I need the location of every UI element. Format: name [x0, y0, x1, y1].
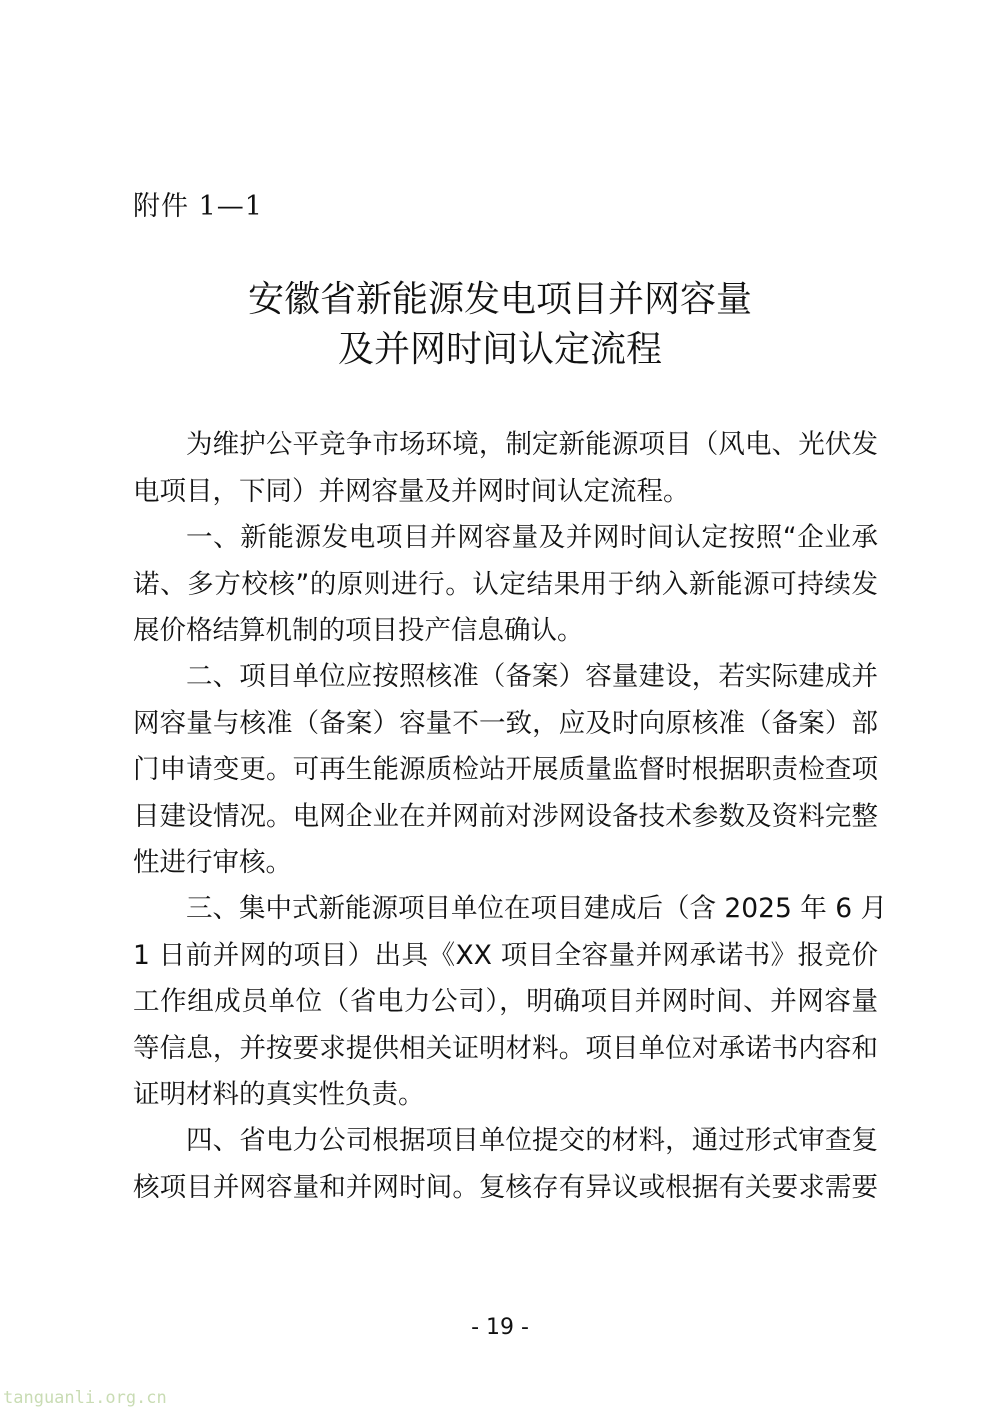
paragraph-line: 为维护公平竞争市场环境，制定新能源项目（风电、光伏发 — [133, 422, 878, 469]
paragraph-section-1: 一、新能源发电项目并网容量及并网时间认定按照“企业承 诺、多方校核”的原则进行。… — [133, 515, 878, 655]
paragraph-line: 工作组成员单位（省电力公司），明确项目并网时间、并网容量 — [133, 979, 878, 1026]
paragraph-line: 网容量与核准（备案）容量不一致，应及时向原核准（备案）部 — [133, 701, 878, 748]
paragraph-line: 等信息，并按要求提供相关证明材料。项目单位对承诺书内容和 — [133, 1026, 878, 1073]
paragraph-line: 1 日前并网的项目）出具《XX 项目全容量并网承诺书》报竞价 — [133, 933, 878, 980]
paragraph-line: 展价格结算机制的项目投产信息确认。 — [133, 608, 878, 655]
paragraph-line: 电项目，下同）并网容量及并网时间认定流程。 — [133, 469, 878, 516]
paragraph-section-4: 四、省电力公司根据项目单位提交的材料，通过形式审查复 核项目并网容量和并网时间。… — [133, 1118, 878, 1211]
document-title-line-2: 及并网时间认定流程 — [0, 326, 1000, 374]
paragraph-line: 证明材料的真实性负责。 — [133, 1072, 878, 1119]
paragraph-line: 四、省电力公司根据项目单位提交的材料，通过形式审查复 — [133, 1118, 878, 1165]
paragraph-line: 一、新能源发电项目并网容量及并网时间认定按照“企业承 — [133, 515, 878, 562]
paragraph-line: 诺、多方校核”的原则进行。认定结果用于纳入新能源可持续发 — [133, 562, 878, 609]
paragraph-line: 核项目并网容量和并网时间。复核存有异议或根据有关要求需要 — [133, 1165, 878, 1212]
paragraph-line: 目建设情况。电网企业在并网前对涉网设备技术参数及资料完整 — [133, 794, 878, 841]
paragraph-line: 二、项目单位应按照核准（备案）容量建设，若实际建成并 — [133, 654, 878, 701]
paragraph-section-3: 三、集中式新能源项目单位在项目建成后（含 2025 年 6 月 1 日前并网的项… — [133, 886, 878, 1119]
watermark-text: tanguanli.org.cn — [3, 1388, 167, 1408]
attachment-label: 附件 1—1 — [133, 190, 263, 224]
paragraph-line: 性进行审核。 — [133, 840, 878, 887]
document-title-line-1: 安徽省新能源发电项目并网容量 — [0, 276, 1000, 324]
paragraph-section-2: 二、项目单位应按照核准（备案）容量建设，若实际建成并 网容量与核准（备案）容量不… — [133, 654, 878, 887]
paragraph-line: 门申请变更。可再生能源质检站开展质量监督时根据职责检查项 — [133, 747, 878, 794]
paragraph-intro: 为维护公平竞争市场环境，制定新能源项目（风电、光伏发 电项目，下同）并网容量及并… — [133, 422, 878, 515]
page-number: - 19 - — [0, 1314, 1000, 1342]
paragraph-line: 三、集中式新能源项目单位在项目建成后（含 2025 年 6 月 — [133, 886, 878, 933]
